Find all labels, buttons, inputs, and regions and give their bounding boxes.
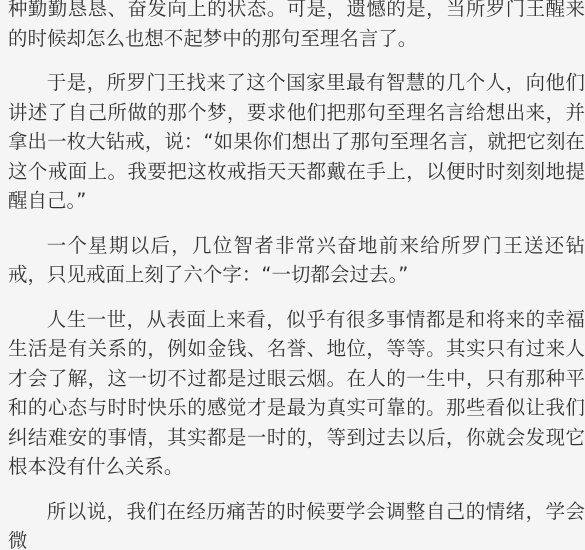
article-body: 种勤勤恳恳、奋发向上的状态。可是，遗憾的是，当所罗门王醒来的时候却怎么也想不起梦… [0,0,585,550]
paragraph-4: 人生一世，从表面上来看，似乎有很多事情都是和将来的幸福生活是有关系的，例如金钱、… [8,305,585,482]
paragraph-1: 种勤勤恳恳、奋发向上的状态。可是，遗憾的是，当所罗门王醒来的时候却怎么也想不起梦… [8,0,585,53]
paragraph-5: 所以说，我们在经历痛苦的时候要学会调整自己的情绪，学会微 [8,497,585,550]
paragraph-3: 一个星期以后，几位智者非常兴奋地前来给所罗门王送还钻戒，只见戒面上刻了六个字：“… [8,231,585,290]
paragraph-2: 于是，所罗门王找来了这个国家里最有智慧的几个人，向他们讲述了自己所做的那个梦，要… [8,68,585,216]
